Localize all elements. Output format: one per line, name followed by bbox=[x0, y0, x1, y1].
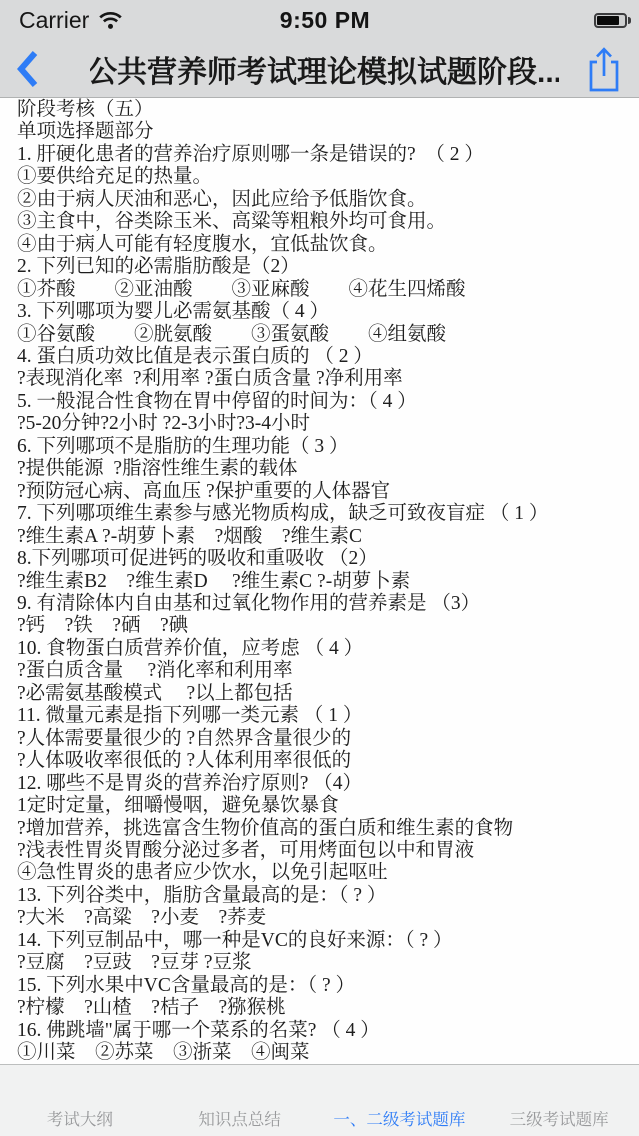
document-line: 13. 下列谷类中，脂肪含量最高的是：（ ? ） bbox=[17, 885, 635, 907]
document-line: ②由于病人厌油和恶心，因此应给予低脂饮食。 bbox=[17, 189, 635, 211]
document-line: ④急性胃炎的患者应少饮水，以免引起呕吐 bbox=[17, 862, 635, 884]
tab-item-1[interactable]: 考试大纲 bbox=[0, 1065, 160, 1136]
document-content[interactable]: 阶段考核（五）单项选择题部分1. 肝硬化患者的营养治疗原则哪一条是错误的? （ … bbox=[0, 98, 639, 1064]
document-line: ①谷氨酸 ②胱氨酸 ③蛋氨酸 ④组氨酸 bbox=[17, 324, 635, 346]
back-button[interactable] bbox=[15, 49, 39, 89]
document-line: 10. 食物蛋白质营养价值，应考虑 （ 4 ） bbox=[17, 638, 635, 660]
document-line: ?人体吸收率很低的 ?人体利用率很低的 bbox=[17, 750, 635, 772]
document-line: 8.下列哪项可促进钙的吸收和重吸收 （2） bbox=[17, 548, 635, 570]
document-line: 12. 哪些不是胃炎的营养治疗原则? （4） bbox=[17, 773, 635, 795]
tab-label: 三级考试题库 bbox=[510, 1106, 609, 1130]
clock-label: 9:50 PM bbox=[223, 7, 427, 34]
tab-label: 考试大纲 bbox=[47, 1106, 113, 1130]
document-line: 6. 下列哪项不是脂肪的生理功能（ 3 ） bbox=[17, 436, 635, 458]
tab-label: 一、二级考试题库 bbox=[333, 1106, 465, 1130]
document-line: ?豆腐 ?豆豉 ?豆芽 ?豆浆 bbox=[17, 952, 635, 974]
document-line: ①川菜 ②苏菜 ③浙菜 ④闽菜 bbox=[17, 1042, 635, 1064]
status-bar: Carrier 9:50 PM bbox=[0, 0, 639, 40]
tab-label: 知识点总结 bbox=[198, 1106, 281, 1130]
page-title: 公共营养师考试理论模拟试题阶段... bbox=[90, 40, 559, 97]
battery-icon bbox=[594, 13, 631, 28]
document-line: 3. 下列哪项为婴儿必需氨基酸（ 4 ） bbox=[17, 301, 635, 323]
document-line: ?增加营养，挑选富含生物价值高的蛋白质和维生素的食物 bbox=[17, 818, 635, 840]
document-line: 15. 下列水果中VC含量最高的是：（ ? ） bbox=[17, 975, 635, 997]
document-line: ?5-20分钟?2小时 ?2-3小时?3-4小时 bbox=[17, 413, 635, 435]
document-line: 2. 下列已知的必需脂肪酸是（2） bbox=[17, 256, 635, 278]
app-screen: Carrier 9:50 PM 公共营养师考试理论模 bbox=[0, 0, 639, 1136]
document-line: ?预防冠心病、高血压 ?保护重要的人体器官 bbox=[17, 481, 635, 503]
document-line: 16. 佛跳墙"属于哪一个菜系的名菜? （ 4 ） bbox=[17, 1020, 635, 1042]
document-line: ?浅表性胃炎胃酸分泌过多者，可用烤面包以中和胃液 bbox=[17, 840, 635, 862]
document-line: ?表现消化率 ?利用率 ?蛋白质含量 ?净利用率 bbox=[17, 368, 635, 390]
document-line: ?钙 ?铁 ?硒 ?碘 bbox=[17, 615, 635, 637]
wifi-icon bbox=[98, 11, 123, 30]
document-line: ?必需氨基酸模式 ?以上都包括 bbox=[17, 683, 635, 705]
share-icon bbox=[586, 80, 622, 97]
document-line: 14. 下列豆制品中，哪一种是VC的良好来源：（ ? ） bbox=[17, 930, 635, 952]
document-line: ③主食中，谷类除玉米、高粱等粗粮外均可食用。 bbox=[17, 211, 635, 233]
chevron-left-icon bbox=[15, 76, 39, 93]
navigation-bar: 公共营养师考试理论模拟试题阶段... bbox=[0, 40, 639, 98]
document-line: 单项选择题部分 bbox=[17, 121, 635, 143]
tab-item-2[interactable]: 知识点总结 bbox=[160, 1065, 320, 1136]
carrier-label: Carrier bbox=[19, 7, 89, 34]
document-line: 4. 蛋白质功效比值是表示蛋白质的 （ 2 ） bbox=[17, 346, 635, 368]
document-line: ?蛋白质含量 ?消化率和利用率 bbox=[17, 660, 635, 682]
document-line: ?柠檬 ?山楂 ?桔子 ?猕猴桃 bbox=[17, 997, 635, 1019]
document-line: ①要供给充足的热量。 bbox=[17, 166, 635, 188]
document-line: 1定时定量，细嚼慢咽，避免暴饮暴食 bbox=[17, 795, 635, 817]
document-line: ?大米 ?高粱 ?小麦 ?荞麦 bbox=[17, 907, 635, 929]
document-line: 阶段考核（五） bbox=[17, 99, 635, 121]
share-button[interactable] bbox=[586, 46, 622, 93]
tab-item-3[interactable]: 一、二级考试题库 bbox=[320, 1065, 480, 1136]
document-line: 9. 有清除体内自由基和过氧化物作用的营养素是 （3） bbox=[17, 593, 635, 615]
document-line: 7. 下列哪项维生素参与感光物质构成，缺乏可致夜盲症 （ 1 ） bbox=[17, 503, 635, 525]
document-line: ?维生素B2 ?维生素D ?维生素C ?-胡萝卜素 bbox=[17, 571, 635, 593]
document-line: 5. 一般混合性食物在胃中停留的时间为：（ 4 ） bbox=[17, 391, 635, 413]
document-line: ①芥酸 ②亚油酸 ③亚麻酸 ④花生四烯酸 bbox=[17, 279, 635, 301]
document-line: ?维生素A ?-胡萝卜素 ?烟酸 ?维生素C bbox=[17, 526, 635, 548]
document-line: ④由于病人可能有轻度腹水，宜低盐饮食。 bbox=[17, 234, 635, 256]
document-line: ?人体需要量很少的 ?自然界含量很少的 bbox=[17, 728, 635, 750]
document-line: ?提供能源 ?脂溶性维生素的载体 bbox=[17, 458, 635, 480]
document-line: 11. 微量元素是指下列哪一类元素 （ 1 ） bbox=[17, 705, 635, 727]
tab-bar: 考试大纲知识点总结一、二级考试题库三级考试题库 bbox=[0, 1064, 639, 1136]
document-line: 1. 肝硬化患者的营养治疗原则哪一条是错误的? （ 2 ） bbox=[17, 144, 635, 166]
tab-item-4[interactable]: 三级考试题库 bbox=[479, 1065, 639, 1136]
